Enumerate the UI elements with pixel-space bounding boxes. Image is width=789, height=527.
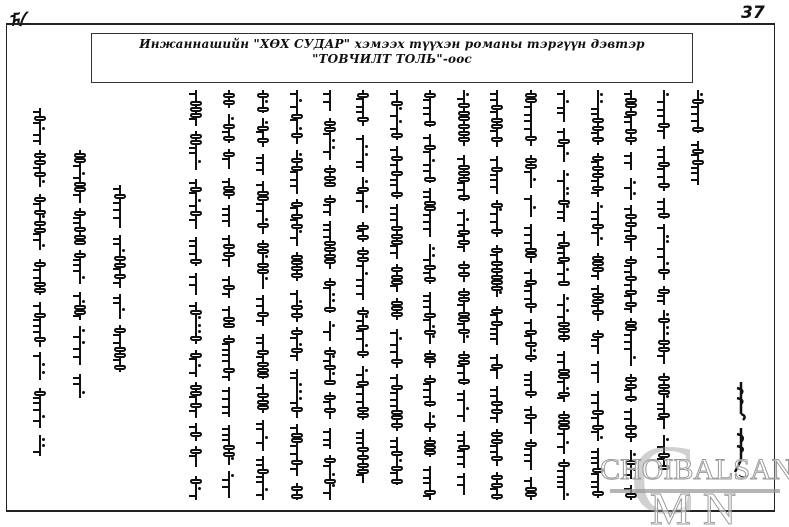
text-column: [33, 108, 47, 468]
text-column: [189, 90, 203, 500]
text-column: [323, 90, 337, 500]
text-column: [691, 90, 705, 185]
text-column: [490, 90, 504, 500]
text-column: [356, 90, 370, 500]
text-column: [624, 90, 638, 500]
text-column: [222, 90, 236, 500]
text-column: [423, 90, 437, 500]
title-box: Инжаннашийн "ХӨХ СУДАР" хэмээх түүхэн ро…: [91, 33, 693, 83]
text-column: [73, 150, 87, 398]
text-column: [390, 90, 404, 500]
text-column: [524, 90, 538, 500]
text-column: [457, 90, 471, 500]
text-column: [290, 90, 304, 500]
title-line-2: "ТОВЧИЛТ ТОЛЬ"-оос: [92, 52, 692, 67]
title-line-1: Инжаннашийн "ХӨХ СУДАР" хэмээх түүхэн ро…: [92, 37, 692, 52]
text-column: [557, 90, 571, 500]
page-number: 37: [741, 3, 765, 23]
signature-icon: [733, 380, 753, 480]
signature: [733, 380, 753, 480]
text-column: [591, 90, 605, 500]
text-column: [256, 90, 270, 500]
text-column: [657, 90, 671, 470]
text-column: [113, 185, 127, 372]
